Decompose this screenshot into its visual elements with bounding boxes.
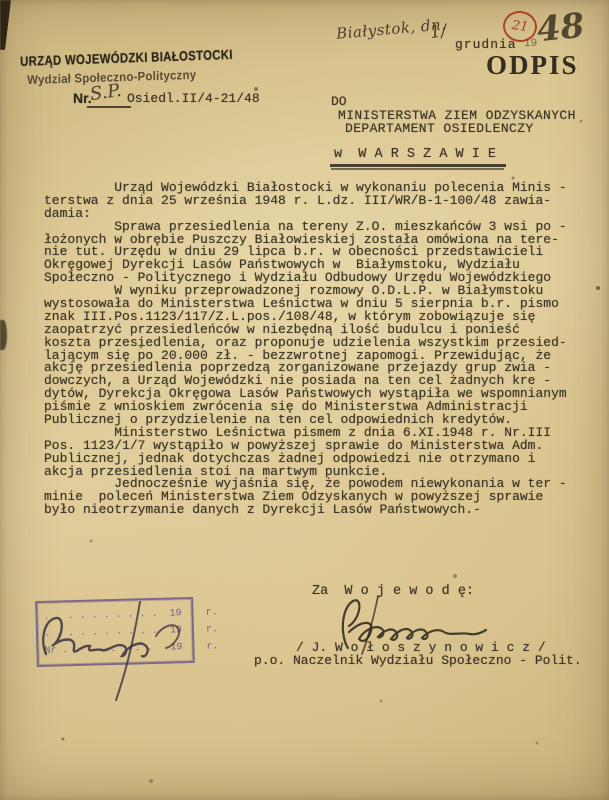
- letterhead-ref-number: Osiedl.II/4-21/48: [127, 91, 260, 106]
- letterhead-ref-handwritten: S.P.: [89, 80, 123, 105]
- letterhead-ref-underline: [87, 106, 131, 108]
- letterhead-org-name: URZĄD WOJEWÓDZKI BIAŁOSTOCKI: [20, 47, 233, 69]
- dateline-day-handwritten: 1/: [429, 21, 448, 43]
- scan-shadow-edge: [0, 320, 7, 350]
- stamp-signature-handwriting: [28, 596, 228, 706]
- addressee-dept: DEPARTAMENT OSIEDLENCZY: [345, 121, 534, 136]
- addressee-city: w W A R S Z A W I E: [334, 147, 496, 162]
- addressee-underline: [330, 164, 506, 167]
- copy-label: ODPIS: [486, 50, 579, 81]
- document-page: URZĄD WOJEWÓDZKI BIAŁOSTOCKI Wydział Spo…: [0, 0, 609, 800]
- addressee-underline-2: [331, 168, 504, 170]
- addressee-to: DO: [331, 94, 347, 109]
- closing-signer-title: p.o. Naczelnik Wydziału Społeczno - Poli…: [254, 653, 582, 668]
- paper-specks: [0, 0, 2, 2]
- circled-number: 21: [511, 18, 529, 35]
- letter-body: Urząd Wojewódzki Białostocki w wykonaniu…: [44, 182, 589, 517]
- dateline-year-handwritten: 48: [535, 6, 586, 51]
- scan-shadow-corner: [0, 0, 11, 50]
- body-line: terstwa z dnia 25 września 1948 r. L.dz.…: [44, 195, 589, 208]
- body-line: było nieotrzymanie danych z Dyrekcji Las…: [44, 504, 589, 517]
